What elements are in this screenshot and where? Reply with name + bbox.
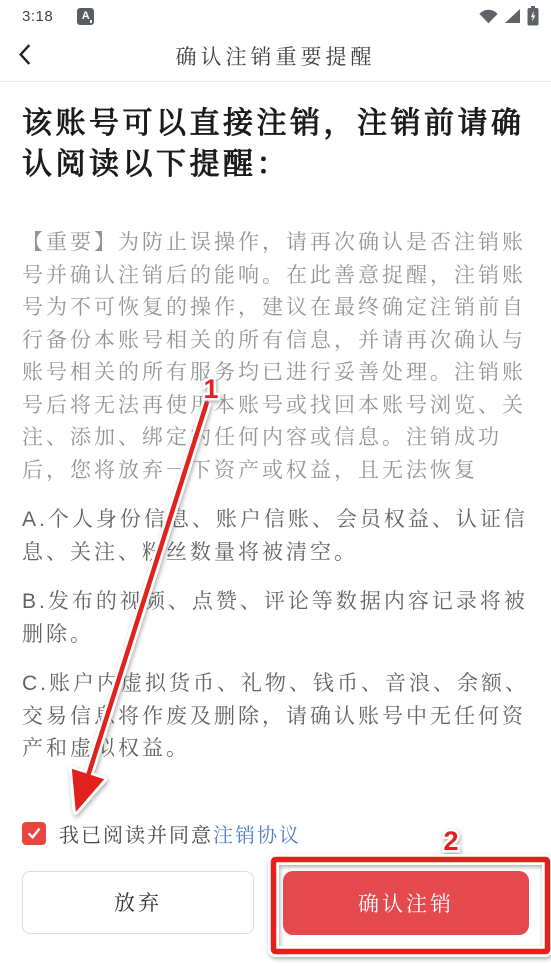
- wifi-icon: [479, 9, 498, 24]
- content: 该账号可以直接注销，注销前请确认阅读以下提醒： 【重要】为防止误操作，请再次确认…: [0, 103, 551, 935]
- agreement-label: 我已阅读并同意: [59, 819, 213, 848]
- important-notice-paragraph: 【重要】为防止误操作，请再次确认是否注销账号并确认注销后的能响。在此善意捉醒，注…: [22, 227, 529, 487]
- app-notification-icon: A: [77, 8, 94, 25]
- screen: 3:18 A 确认注销重要提醒: [0, 0, 551, 979]
- notice-item-c: C.账户内虚拟货币、礼物、钱币、音浪、余额、交易信息将作废及删除，请确认账号中无…: [22, 668, 529, 766]
- abandon-button[interactable]: 放弃: [22, 871, 254, 934]
- app-badge-letter: A: [82, 11, 90, 22]
- status-bar-right: [479, 6, 539, 26]
- status-time: 3:18: [22, 8, 53, 25]
- cancellation-agreement-link[interactable]: 注销协议: [213, 819, 301, 848]
- agreement-row: 我已阅读并同意 注销协议: [22, 819, 529, 848]
- warning-heading: 该账号可以直接注销，注销前请确认阅读以下提醒：: [22, 103, 529, 185]
- status-bar: 3:18 A: [0, 0, 551, 30]
- status-bar-left: 3:18 A: [22, 8, 94, 25]
- notice-item-a: A.个人身份信息、账户信账、会员权益、认证信息、关注、粉丝数量将被清空。: [22, 504, 529, 569]
- cellular-signal-icon: [505, 9, 520, 23]
- action-buttons: 放弃 确认注销: [22, 871, 529, 935]
- check-icon: [25, 825, 43, 841]
- battery-charging-icon: [527, 6, 539, 26]
- page-title: 确认注销重要提醒: [0, 41, 551, 71]
- notice-item-b: B.发布的视频、点赞、评论等数据内容记录将被删除。: [22, 586, 529, 651]
- confirm-cancellation-button[interactable]: 确认注销: [283, 871, 529, 935]
- agreement-checkbox[interactable]: [22, 822, 46, 845]
- app-badge-dot: [90, 20, 93, 23]
- nav-bar: 确认注销重要提醒: [0, 30, 551, 82]
